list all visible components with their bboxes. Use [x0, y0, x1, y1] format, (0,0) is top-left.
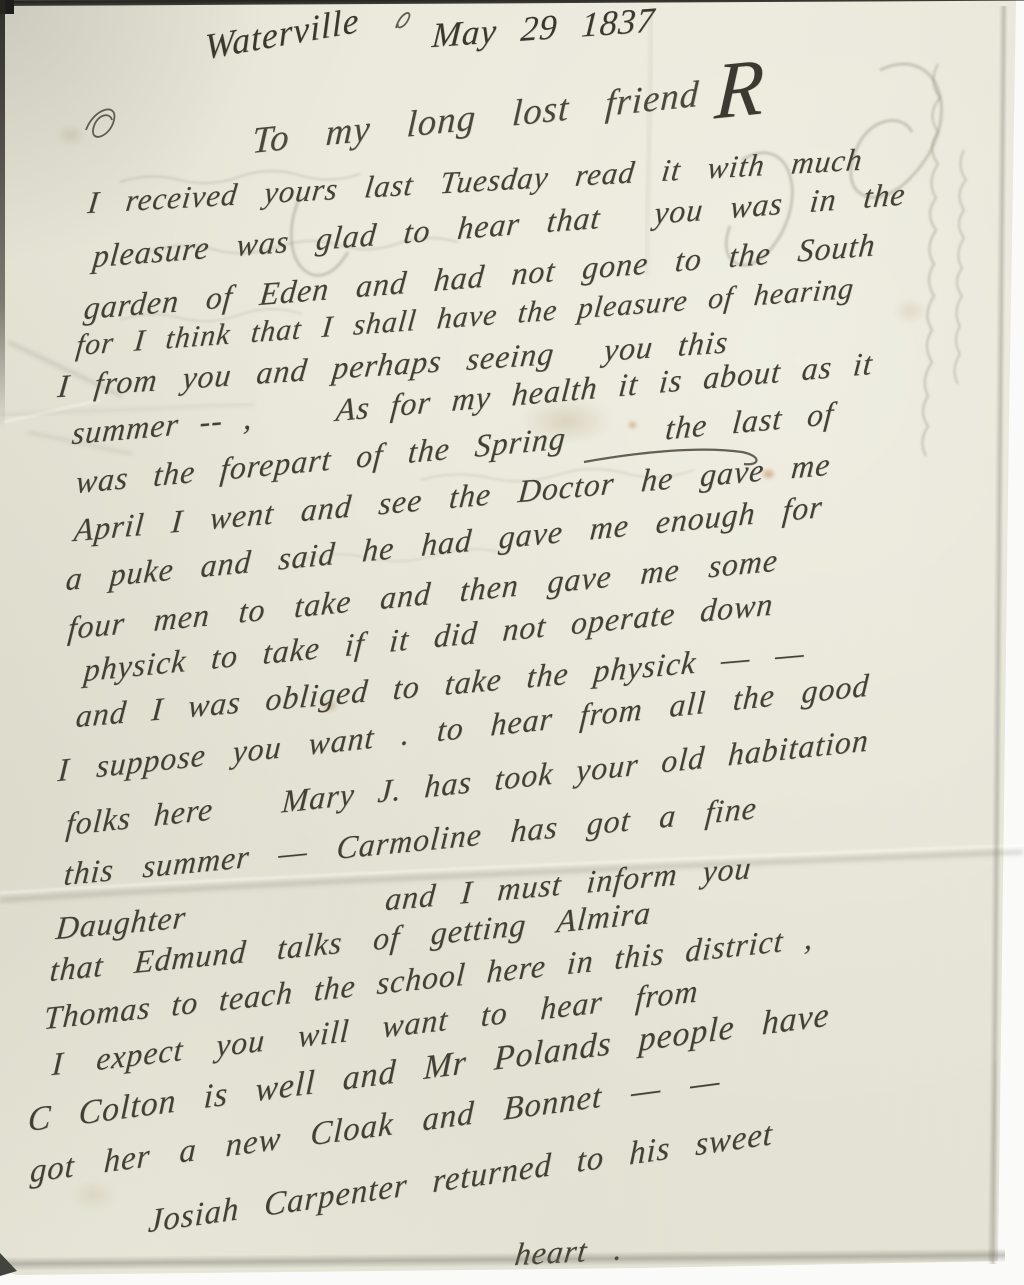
scanned-letter-page: Waterville May 29 1837 To my long lost f…	[0, 0, 1024, 1285]
salutation-initial: R	[713, 42, 767, 136]
scan-edge-left	[0, 0, 5, 430]
salutation-text: To my long lost friend	[251, 74, 700, 162]
paper-stain	[893, 298, 927, 324]
paper-stain	[56, 124, 86, 146]
